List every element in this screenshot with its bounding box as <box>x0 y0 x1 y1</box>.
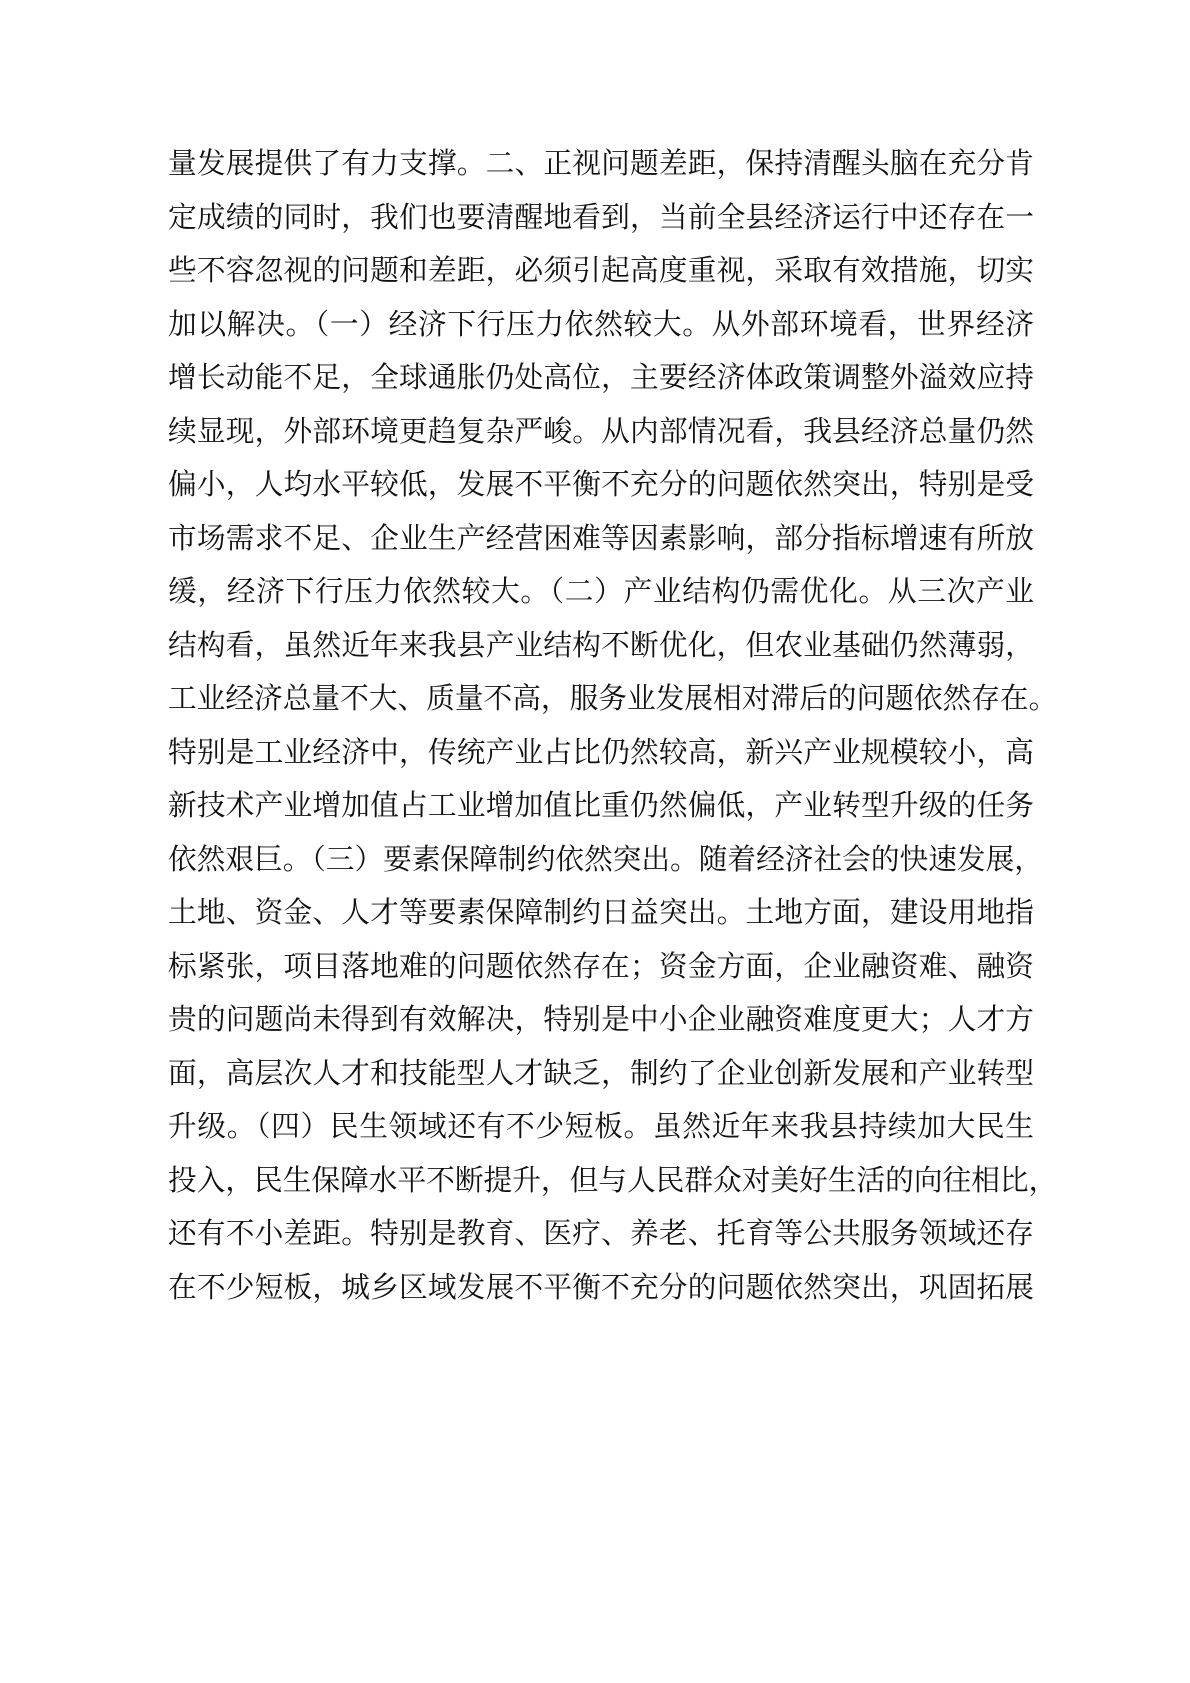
text-line: 升级。（四）民生领域还有不少短板。虽然近年来我县持续加大民生 <box>168 1100 1034 1154</box>
text-line: 面，高层次人才和技能型人才缺乏，制约了企业创新发展和产业转型 <box>168 1047 1034 1101</box>
text-line: 些不容忽视的问题和差距，必须引起高度重视，采取有效措施，切实 <box>168 244 1034 298</box>
text-line: 缓，经济下行压力依然较大。（二）产业结构仍需优化。从三次产业 <box>168 565 1034 619</box>
text-line: 市场需求不足、企业生产经营困难等因素影响，部分指标增速有所放 <box>168 512 1034 566</box>
text-line: 增长动能不足，全球通胀仍处高位，主要经济体政策调整外溢效应持 <box>168 351 1034 405</box>
text-line: 依然艰巨。（三）要素保障制约依然突出。随着经济社会的快速发展， <box>168 833 1034 887</box>
text-line: 特别是工业经济中，传统产业占比仍然较高，新兴产业规模较小，高 <box>168 726 1034 780</box>
text-line: 在不少短板，城乡区域发展不平衡不充分的问题依然突出，巩固拓展 <box>168 1261 1034 1315</box>
text-line: 定成绩的同时，我们也要清醒地看到，当前全县经济运行中还存在一 <box>168 191 1034 245</box>
document-page: 量发展提供了有力支撑。二、正视问题差距，保持清醒头脑在充分肯 定成绩的同时，我们… <box>0 0 1190 1683</box>
body-paragraph: 量发展提供了有力支撑。二、正视问题差距，保持清醒头脑在充分肯 定成绩的同时，我们… <box>168 137 1034 1314</box>
text-line: 工业经济总量不大、质量不高，服务业发展相对滞后的问题依然存在。 <box>168 672 1034 726</box>
text-line: 新技术产业增加值占工业增加值比重仍然偏低，产业转型升级的任务 <box>168 779 1034 833</box>
text-line: 土地、资金、人才等要素保障制约日益突出。土地方面，建设用地指 <box>168 886 1034 940</box>
text-line: 续显现，外部环境更趋复杂严峻。从内部情况看，我县经济总量仍然 <box>168 405 1034 459</box>
text-line: 量发展提供了有力支撑。二、正视问题差距，保持清醒头脑在充分肯 <box>168 137 1034 191</box>
text-line: 加以解决。（一）经济下行压力依然较大。从外部环境看，世界经济 <box>168 298 1034 352</box>
text-line: 投入，民生保障水平不断提升，但与人民群众对美好生活的向往相比， <box>168 1154 1034 1208</box>
text-line: 结构看，虽然近年来我县产业结构不断优化，但农业基础仍然薄弱， <box>168 619 1034 673</box>
text-line: 贵的问题尚未得到有效解决，特别是中小企业融资难度更大；人才方 <box>168 993 1034 1047</box>
text-line: 偏小，人均水平较低，发展不平衡不充分的问题依然突出，特别是受 <box>168 458 1034 512</box>
text-line: 还有不小差距。特别是教育、医疗、养老、托育等公共服务领域还存 <box>168 1207 1034 1261</box>
text-line: 标紧张，项目落地难的问题依然存在；资金方面，企业融资难、融资 <box>168 940 1034 994</box>
